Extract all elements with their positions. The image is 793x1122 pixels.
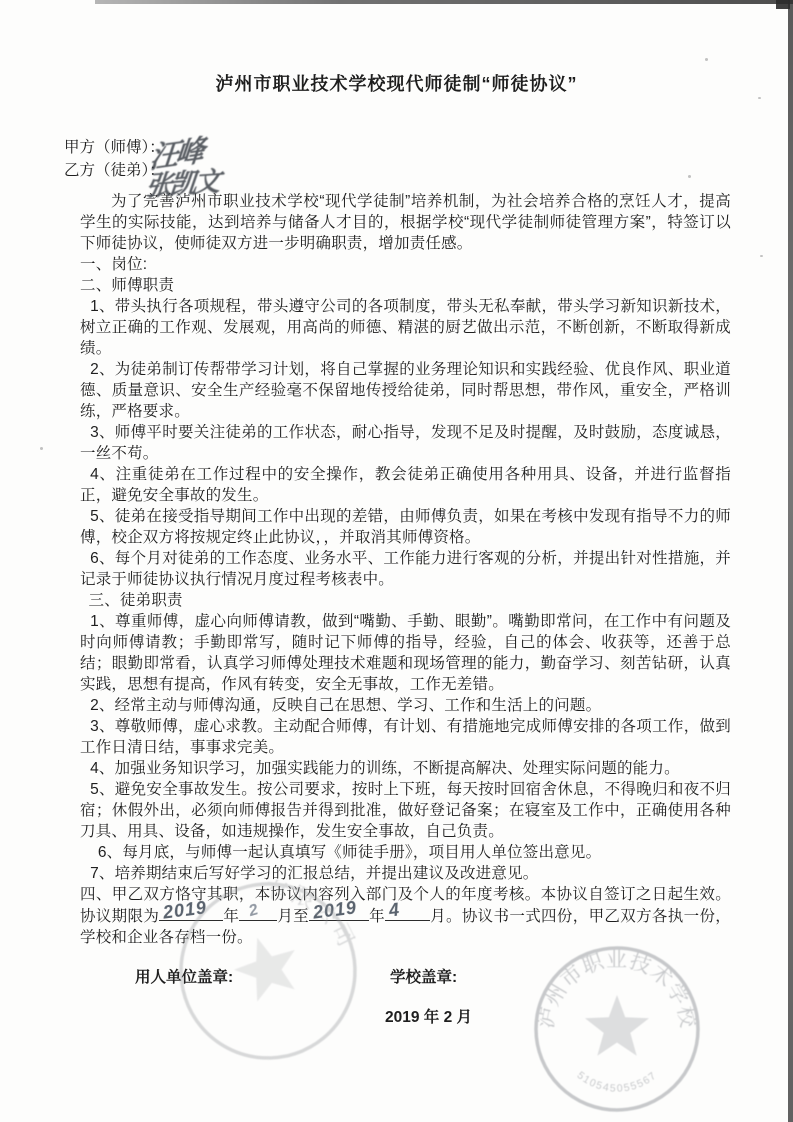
school-seal-star-icon bbox=[585, 995, 649, 1056]
year-to-blank: 2019 bbox=[309, 905, 369, 921]
agreement-date: 2019 年 2 月 bbox=[385, 1005, 472, 1027]
school-seal-ring bbox=[536, 948, 698, 1110]
month-from-blank: 2 bbox=[239, 905, 277, 921]
apprentice-duty-item: 4、加强业务知识学习，加强实践能力的训练，不断提高解决、处理实际问题的能力。 bbox=[80, 758, 731, 779]
apprentice-duty-item: 1、尊重师傅，虚心向师傅请教，做到“嘴勤、手勤、眼勤”。嘴勤即常问，在工作中有问… bbox=[80, 611, 731, 695]
apprentice-duty-item: 3、尊敬师傅，虚心求教。主动配合师傅，有计划、有措施地完成师傅安排的各项工作，做… bbox=[80, 716, 731, 758]
master-duty-item: 4、注重徒弟在工作过程中的安全操作，教会徒弟正确使用各种用具、设备，并进行监督指… bbox=[80, 464, 731, 506]
scan-noise bbox=[40, 447, 43, 450]
year-label: 年 bbox=[223, 908, 239, 925]
section-one-heading: 一、岗位: bbox=[80, 254, 731, 275]
section-three-heading: 三、徒弟职责 bbox=[80, 590, 731, 611]
section-four-paragraph: 四、甲乙双方恪守其职，本协议内容列入部门及个人的年度考核。本协议自签订之日起生效… bbox=[80, 884, 731, 948]
school-seal-stamp: 泸州市职业技术学校 510545055567 bbox=[531, 943, 703, 1115]
svg-text:510545055567: 510545055567 bbox=[575, 1069, 660, 1094]
scanned-agreement-page: 泸州市职业技术学校现代师徒制“师徒协议” 甲方（师傅）： 乙方（徒弟）： 汪峰 … bbox=[0, 0, 793, 1122]
year-label-2: 年 bbox=[369, 908, 385, 925]
master-duty-item: 1、带头执行各项规程，带头遵守公司的各项制度，带头无私奉献，带头学习新知识新技术… bbox=[80, 296, 731, 359]
apprentice-duty-item: 5、避免安全事故发生。按公司要求，按时上下班，每天按时回宿舍休息，不得晚归和夜不… bbox=[80, 779, 731, 842]
year-from-handwriting: 2019 bbox=[162, 897, 208, 923]
school-seal-arc-text: 泸州市职业技术学校 bbox=[534, 949, 699, 1031]
master-duty-item: 3、师傅平时要关注徒弟的工作状态，耐心指导，发现不足及时提醒，及时鼓励，态度诚恳… bbox=[80, 422, 731, 464]
scan-noise bbox=[705, 58, 708, 61]
school-seal-label: 学校盖章: bbox=[390, 965, 457, 987]
master-duty-item: 6、每个月对徒弟的工作态度、业务水平、工作能力进行客观的分析，并提出针对性措施，… bbox=[80, 548, 731, 590]
school-seal-number: 510545055567 bbox=[575, 1069, 660, 1094]
agreement-body: 为了完善泸州市职业技术学校“现代学徒制”培养机制，为社会培养合格的烹饪人才，提高… bbox=[80, 191, 731, 948]
section-two-heading: 二、师傅职责 bbox=[80, 275, 731, 296]
master-duty-item: 2、为徒弟制订传帮带学习计划，将自己掌握的业务理论知识和实践经验、优良作风、职业… bbox=[80, 359, 731, 422]
month-to-blank: 4 bbox=[385, 905, 430, 921]
scan-noise bbox=[760, 255, 763, 257]
svg-text:泸州市职业技术学校: 泸州市职业技术学校 bbox=[534, 949, 699, 1031]
year-to-handwriting: 2019 bbox=[312, 897, 358, 923]
month-to-label: 月至 bbox=[277, 908, 309, 925]
year-from-blank: 2019 bbox=[159, 905, 223, 921]
document-title: 泸州市职业技术学校现代师徒制“师徒协议” bbox=[60, 70, 733, 96]
apprentice-duty-item: 6、每月底，与师傅一起认真填写《师徒手册》，项目用人单位签出意见。 bbox=[80, 842, 731, 863]
apprentice-duty-item: 2、经常主动与师傅沟通，反映自己在思想、学习、工作和生活上的问题。 bbox=[80, 695, 731, 716]
employer-seal-label: 用人单位盖章: bbox=[135, 965, 233, 987]
party-b-signature: 张凯文 bbox=[144, 159, 220, 203]
scan-corner-artifact bbox=[776, 0, 790, 9]
master-duty-item: 5、徒弟在接受指导期间工作中出现的差错，由师傅负责，如果在考核中发现有指导不力的… bbox=[80, 506, 731, 548]
apprentice-duty-item: 7、培养期结束后写好学习的汇报总结，并提出建议及改进意见。 bbox=[80, 863, 731, 884]
scan-edge-top bbox=[95, 0, 793, 4]
scan-noise bbox=[758, 97, 761, 99]
